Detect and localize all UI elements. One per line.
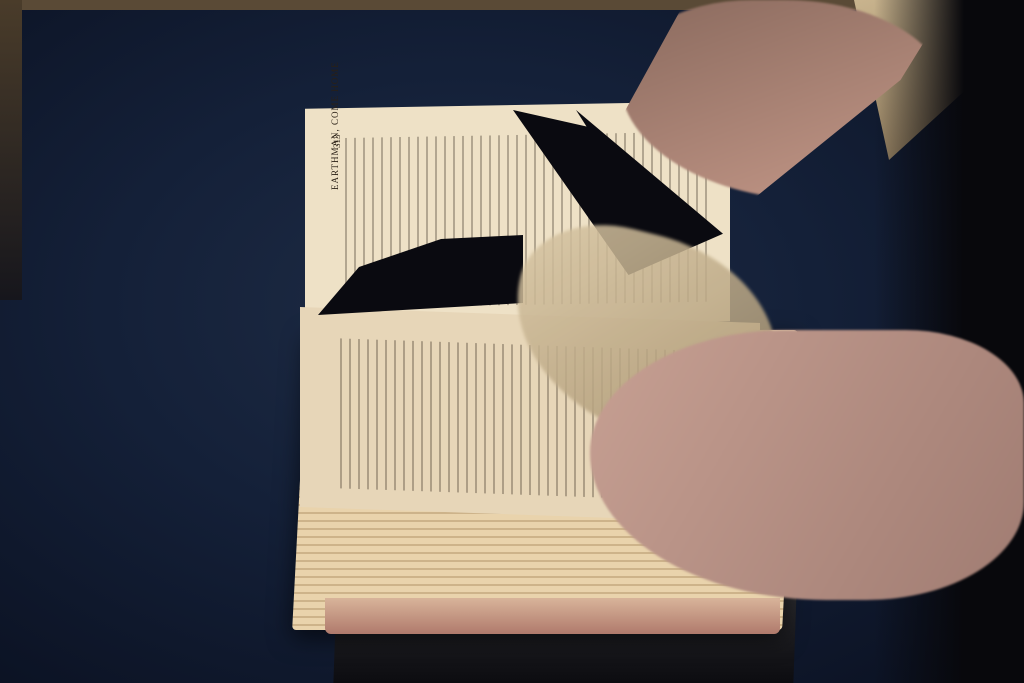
page-edge: [325, 598, 780, 634]
table-left-edge: [0, 0, 22, 300]
running-header: EARTHMAN, COME HOME: [330, 61, 340, 190]
photo-background: 313 EARTHMAN, COME HOME: [0, 0, 1024, 683]
